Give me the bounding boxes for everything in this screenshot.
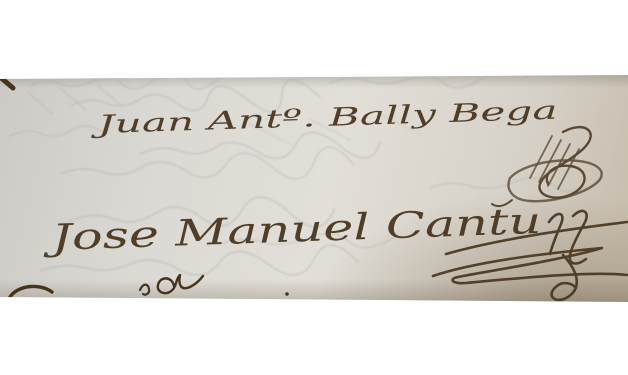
signature-text-jose-manuel-cantu: Jose Manuel Cantu bbox=[41, 201, 542, 259]
page-background: Juan Antº. Bally Bega Jose Manuel Cantu bbox=[0, 0, 628, 375]
manuscript-photo: Juan Antº. Bally Bega Jose Manuel Cantu bbox=[0, 74, 628, 302]
manuscript-artwork: Juan Antº. Bally Bega Jose Manuel Cantu bbox=[0, 74, 628, 302]
rubric-flourish-1 bbox=[492, 127, 602, 206]
signature-text-juan-bally-bega: Juan Antº. Bally Bega bbox=[89, 96, 558, 140]
corner-ink-stroke bbox=[0, 77, 13, 88]
bottom-edge-fragments bbox=[10, 275, 289, 297]
